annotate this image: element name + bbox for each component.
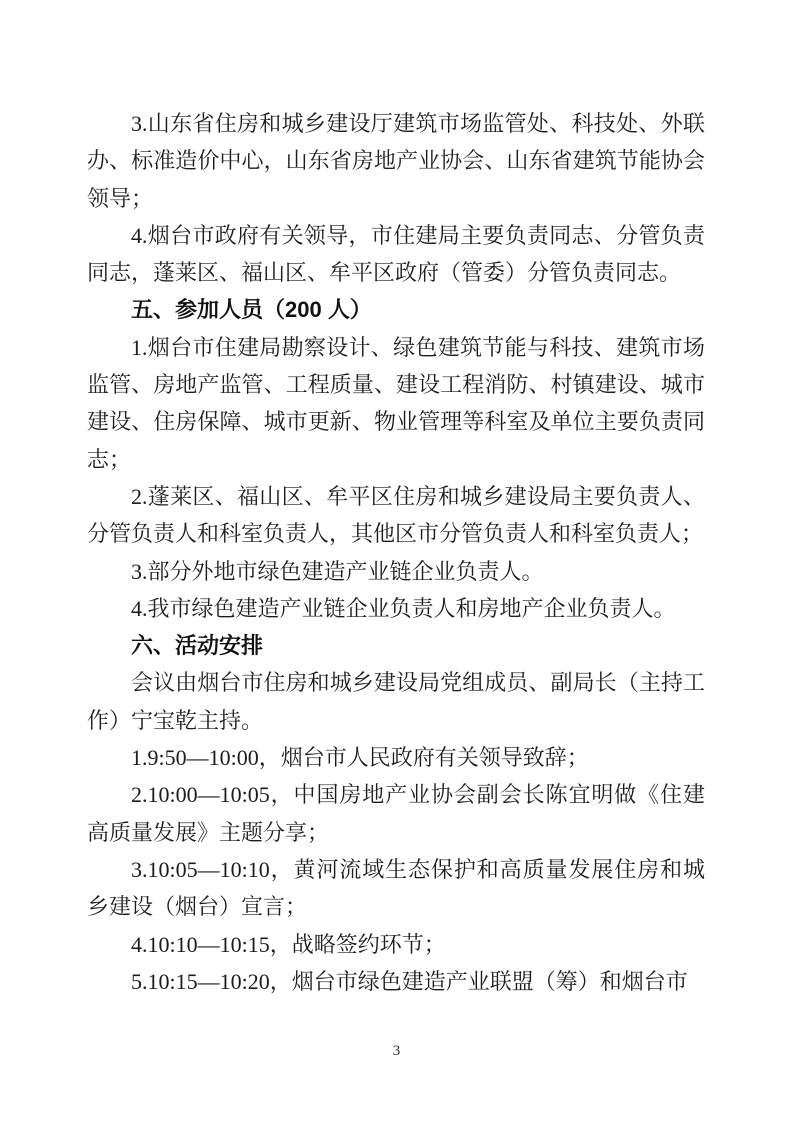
page-footer: 3 [0,1042,793,1060]
body-paragraph: 2.10:00—10:05，中国房地产业协会副会长陈宜明做《住建高质量发展》主题… [87,776,705,851]
body-paragraph: 5.10:15—10:20，烟台市绿色建造产业联盟（筹）和烟台市 [87,963,705,1000]
body-paragraph: 会议由烟台市住房和城乡建设局党组成员、副局长（主持工作）宁宝乾主持。 [87,664,705,739]
section-heading: 五、参加人员（200 人） [87,291,705,328]
body-paragraph: 1.烟台市住建局勘察设计、绿色建筑节能与科技、建筑市场监管、房地产监管、工程质量… [87,329,705,478]
document-page: 3.山东省住房和城乡建设厅建筑市场监管处、科技处、外联办、标准造价中心，山东省房… [0,0,793,1122]
body-paragraph: 1.9:50—10:00，烟台市人民政府有关领导致辞； [87,739,705,776]
body-paragraph: 3.10:05—10:10，黄河流域生态保护和高质量发展住房和城乡建设（烟台）宣… [87,851,705,926]
page-number: 3 [393,1043,401,1059]
body-paragraph: 4.我市绿色建造产业链企业负责人和房地产企业负责人。 [87,590,705,627]
body-paragraph: 2.蓬莱区、福山区、牟平区住房和城乡建设局主要负责人、分管负责人和科室负责人，其… [87,478,705,553]
document-body: 3.山东省住房和城乡建设厅建筑市场监管处、科技处、外联办、标准造价中心，山东省房… [87,105,705,1000]
body-paragraph: 4.10:10—10:15，战略签约环节； [87,926,705,963]
body-paragraph: 3.山东省住房和城乡建设厅建筑市场监管处、科技处、外联办、标准造价中心，山东省房… [87,105,705,217]
body-paragraph: 3.部分外地市绿色建造产业链企业负责人。 [87,553,705,590]
body-paragraph: 4.烟台市政府有关领导，市住建局主要负责同志、分管负责同志，蓬莱区、福山区、牟平… [87,217,705,292]
section-heading: 六、活动安排 [87,627,705,664]
